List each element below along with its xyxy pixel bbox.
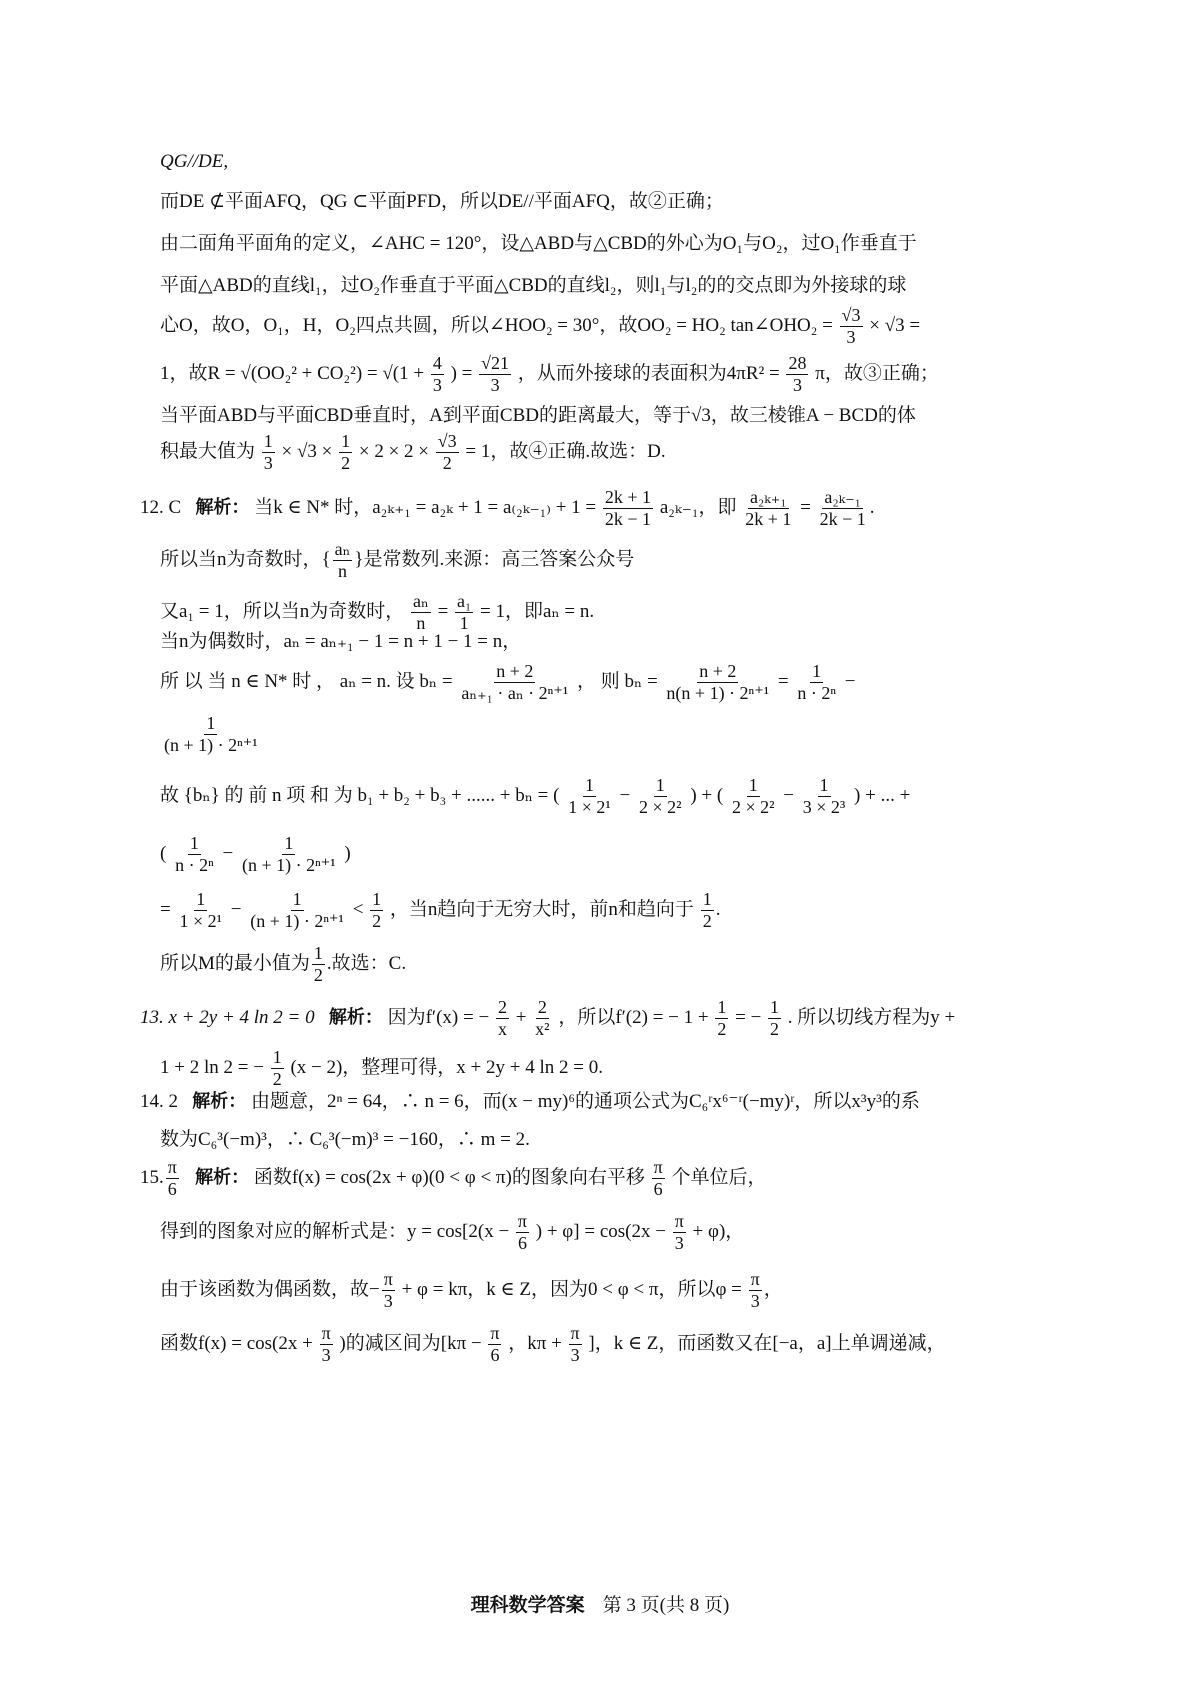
- fraction: 283: [786, 353, 808, 395]
- text-line: 心O，故O，O₁，H，O₂四点共圆，所以∠HOO₂ = 30°，故OO₂ = H…: [160, 300, 920, 352]
- text-line: 平面△ABD的直线l₁，过O₂作垂直于平面△CBD的直线l₂，则l₁与l₂的的交…: [160, 272, 906, 300]
- fraction: aₙn: [333, 539, 353, 581]
- question-14-header: 14. 2 解析： 由题意，2ⁿ = 64，∴ n = 6，而(x − my)⁶…: [140, 1088, 920, 1116]
- fraction: 1(n + 1) · 2ⁿ⁺¹: [162, 713, 260, 755]
- fraction: 12: [271, 1047, 284, 1089]
- fraction: n + 2n(n + 1) · 2ⁿ⁺¹: [664, 661, 771, 703]
- text-line: 所 以 当 n ∈ N* 时 ， aₙ = n. 设 bₙ = n + 2aₙ₊…: [160, 654, 855, 710]
- fraction: 12: [339, 431, 352, 473]
- fraction: 13 × 2³: [801, 775, 848, 817]
- fraction: 11 × 2¹: [566, 775, 613, 817]
- text-line: 由于该函数为偶函数，故−π3 + φ = kπ，k ∈ Z，因为0 < φ < …: [160, 1262, 783, 1318]
- fraction: 12: [370, 889, 383, 931]
- fraction: 1n · 2ⁿ: [173, 833, 216, 875]
- fraction: 43: [431, 353, 444, 395]
- fraction: 2k + 12k − 1: [603, 487, 653, 529]
- fraction: 11 × 2¹: [177, 889, 224, 931]
- page-footer: 理科数学答案第 3 页(共 8 页): [0, 1590, 1200, 1617]
- fraction: 13: [262, 431, 275, 473]
- text-line: 所以当n为奇数时，{aₙn}是常数列.来源：高三答案公众号: [160, 532, 634, 588]
- footer-title: 理科数学答案: [471, 1594, 585, 1616]
- text-line: 函数f(x) = cos(2x + π3 )的减区间为[kπ − π6 ，kπ …: [160, 1316, 946, 1372]
- text-line: 而DE ⊄平面AFQ，QG ⊂平面PFD，所以DE//平面AFQ，故②正确；: [160, 188, 724, 216]
- fraction: π3: [569, 1323, 582, 1365]
- text-line: 所以M的最小值为12.故选：C.: [160, 936, 406, 992]
- fraction: 1n · 2ⁿ: [795, 661, 838, 703]
- question-13-header: 13. x + 2y + 4 ln 2 = 0 解析： 因为f′(x) = − …: [140, 990, 955, 1046]
- text-line: 得到的图象对应的解析式是：y = cos[2(x − π6 ) + φ] = c…: [160, 1204, 744, 1260]
- fraction: 1(n + 1) · 2ⁿ⁺¹: [240, 833, 338, 875]
- fraction: 12: [312, 943, 325, 985]
- fraction: π3: [749, 1269, 762, 1311]
- question-15-header: 15.π6 解析： 函数f(x) = cos(2x + φ)(0 < φ < π…: [140, 1150, 766, 1206]
- fraction: a₂ₖ₋₁2k − 1: [818, 487, 868, 529]
- fraction: √33: [840, 305, 863, 347]
- text-line: 积最大值为 13 × √3 × 12 × 2 × 2 × √32 = 1，故④正…: [160, 424, 666, 480]
- fraction: 1(n + 1) · 2ⁿ⁺¹: [248, 889, 346, 931]
- page-number: 第 3 页(共 8 页): [603, 1595, 730, 1616]
- fraction: π3: [320, 1323, 333, 1365]
- fraction: π3: [382, 1269, 395, 1311]
- fraction: 12 × 2²: [730, 775, 777, 817]
- fraction: √32: [436, 431, 459, 473]
- fraction: 2x: [496, 997, 509, 1039]
- fraction: 2x²: [533, 997, 551, 1039]
- fraction: n + 2aₙ₊₁ · aₙ · 2ⁿ⁺¹: [459, 661, 570, 703]
- text-line: 当n为偶数时，aₙ = aₙ₊₁ − 1 = n + 1 − 1 = n，: [160, 628, 521, 656]
- fraction: √213: [479, 353, 511, 395]
- fraction: 12: [768, 997, 781, 1039]
- fraction: 12 × 2²: [637, 775, 684, 817]
- text-line: 1(n + 1) · 2ⁿ⁺¹: [160, 708, 262, 760]
- fraction: π6: [652, 1157, 665, 1199]
- fraction: π3: [673, 1211, 686, 1253]
- document-page: QG//DE, 而DE ⊄平面AFQ，QG ⊂平面PFD，所以DE//平面AFQ…: [0, 0, 1200, 1697]
- fraction: π6: [516, 1211, 529, 1253]
- fraction: π6: [488, 1323, 501, 1365]
- fraction: 12: [715, 997, 728, 1039]
- text-line: 由二面角平面角的定义，∠AHC = 120°，设△ABD与△CBD的外心为O₁与…: [160, 230, 917, 258]
- fraction: a₂ₖ₊₁2k + 1: [743, 487, 793, 529]
- fraction: π6: [166, 1157, 179, 1199]
- fraction: 12: [701, 889, 714, 931]
- text-line: = 11 × 2¹ − 1(n + 1) · 2ⁿ⁺¹ < 12 ，当n趋向于无…: [160, 882, 720, 938]
- text-line: 故 {bₙ} 的 前 n 项 和 为 b₁ + b₂ + b₃ + ......…: [160, 768, 910, 824]
- question-12-header: 12. C 解析： 当k ∈ N* 时，a₂ₖ₊₁ = a₂ₖ + 1 = a₍…: [140, 480, 874, 536]
- text-line: QG//DE,: [160, 148, 228, 176]
- text-line: ( 1n · 2ⁿ − 1(n + 1) · 2ⁿ⁺¹ ): [160, 826, 351, 882]
- text-line: 1，故R = √(OO₂² + CO₂²) = √(1 + 43 ) = √21…: [160, 346, 939, 402]
